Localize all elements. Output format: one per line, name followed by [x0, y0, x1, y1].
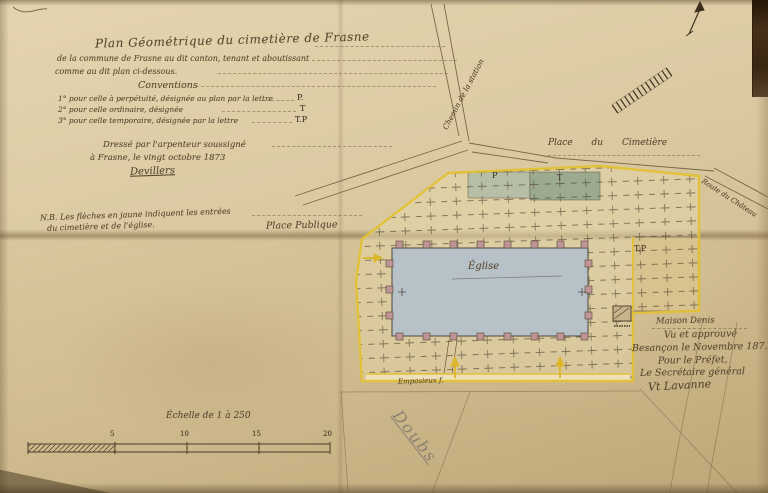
ruling-line — [312, 60, 457, 61]
ruling-line — [252, 122, 292, 123]
legend-letter-3: T.P — [295, 116, 307, 125]
north-arrow — [686, 2, 704, 36]
scale-caption: Échelle de 1 à 250 — [166, 412, 251, 422]
label-maison-denis: Maison Denis — [656, 316, 715, 326]
scale-tick-3: 20 — [323, 431, 332, 439]
ruling-line — [315, 46, 445, 47]
maison-denis-underline — [652, 328, 747, 329]
legend-item-1: 1° pour celle à perpétuité, désignée au … — [58, 95, 273, 103]
approval-line-1: Vu et approuvé — [664, 329, 737, 341]
label-place-publique: Place Publique — [266, 220, 338, 232]
plot-letter-tp: T.P — [634, 245, 646, 254]
scale-tick-2: 15 — [252, 431, 261, 439]
scale-tick-1: 10 — [180, 431, 189, 439]
plan-subtitle-1: de la commune de Frasne au dit canton, t… — [57, 55, 309, 64]
plan-subtitle-2: comme au dit plan ci-dessous. — [55, 68, 177, 77]
label-place-du-cimetiere: Place du Cimetière — [548, 139, 667, 149]
ruling-line — [272, 146, 392, 147]
place-cimetiere-underline — [548, 155, 700, 156]
label-emposieux: Emposieux f. — [398, 377, 444, 386]
plot-letter-p: P — [492, 172, 497, 181]
plot-letter-t: T — [557, 174, 562, 183]
legend-letter-2: T — [300, 105, 305, 114]
scanned-plan-page: Plan Géométrique du cimetière de Frasne … — [0, 0, 768, 493]
ruling-line — [222, 111, 296, 112]
corner-scribble — [13, 7, 47, 12]
attestation-line-1: Dressé par l'arpenteur soussigné — [103, 141, 246, 150]
ruling-line — [262, 100, 294, 101]
approval-line-3: Pour le Préfet, — [658, 355, 728, 367]
conventions-heading: Conventions — [138, 81, 198, 91]
ruling-line — [196, 86, 436, 87]
scale-tick-0: 5 — [110, 431, 114, 439]
ruling-line — [252, 215, 362, 216]
church — [386, 241, 592, 340]
railway-hatched-band — [612, 68, 672, 113]
ruling-line — [218, 73, 448, 74]
scale-bar — [28, 442, 330, 454]
legend-letter-1: P. — [297, 94, 303, 103]
surveyor-signature: Devillers — [130, 165, 175, 178]
legend-item-2: 2° pour celle ordinaire, désignée — [58, 106, 183, 114]
legend-item-3: 3° pour celle temporaire, désignée par l… — [58, 117, 238, 125]
attestation-line-2: à Frasne, le vingt octobre 1873 — [90, 154, 225, 163]
label-eglise: Église — [468, 261, 499, 272]
